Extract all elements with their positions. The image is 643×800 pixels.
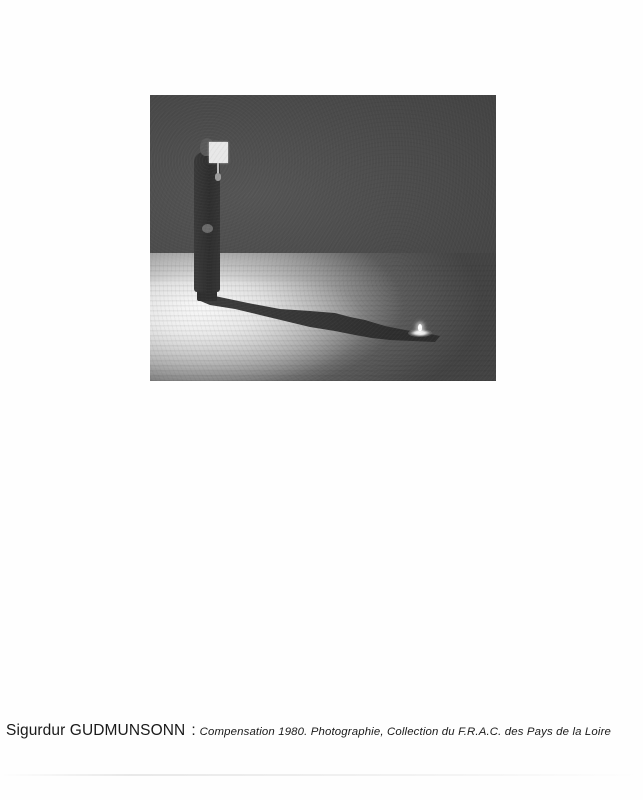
- photo-caption: Sigurdur GUDMUNSONN:Compensation 1980. P…: [6, 722, 643, 740]
- photo-candle-flame: [418, 324, 422, 331]
- caption-separator: :: [191, 722, 195, 739]
- artwork-photograph: [150, 95, 496, 381]
- catalogue-page: Sigurdur GUDMUNSONN:Compensation 1980. P…: [0, 0, 643, 800]
- photo-figure-hand: [215, 173, 221, 181]
- photo-figure-lower-hand: [202, 224, 213, 233]
- caption-artist-name: Sigurdur GUDMUNSONN: [6, 722, 185, 739]
- caption-work-details: Compensation 1980. Photographie, Collect…: [200, 726, 611, 738]
- scan-artifact-line: [0, 774, 643, 776]
- photo-white-card: [209, 142, 228, 163]
